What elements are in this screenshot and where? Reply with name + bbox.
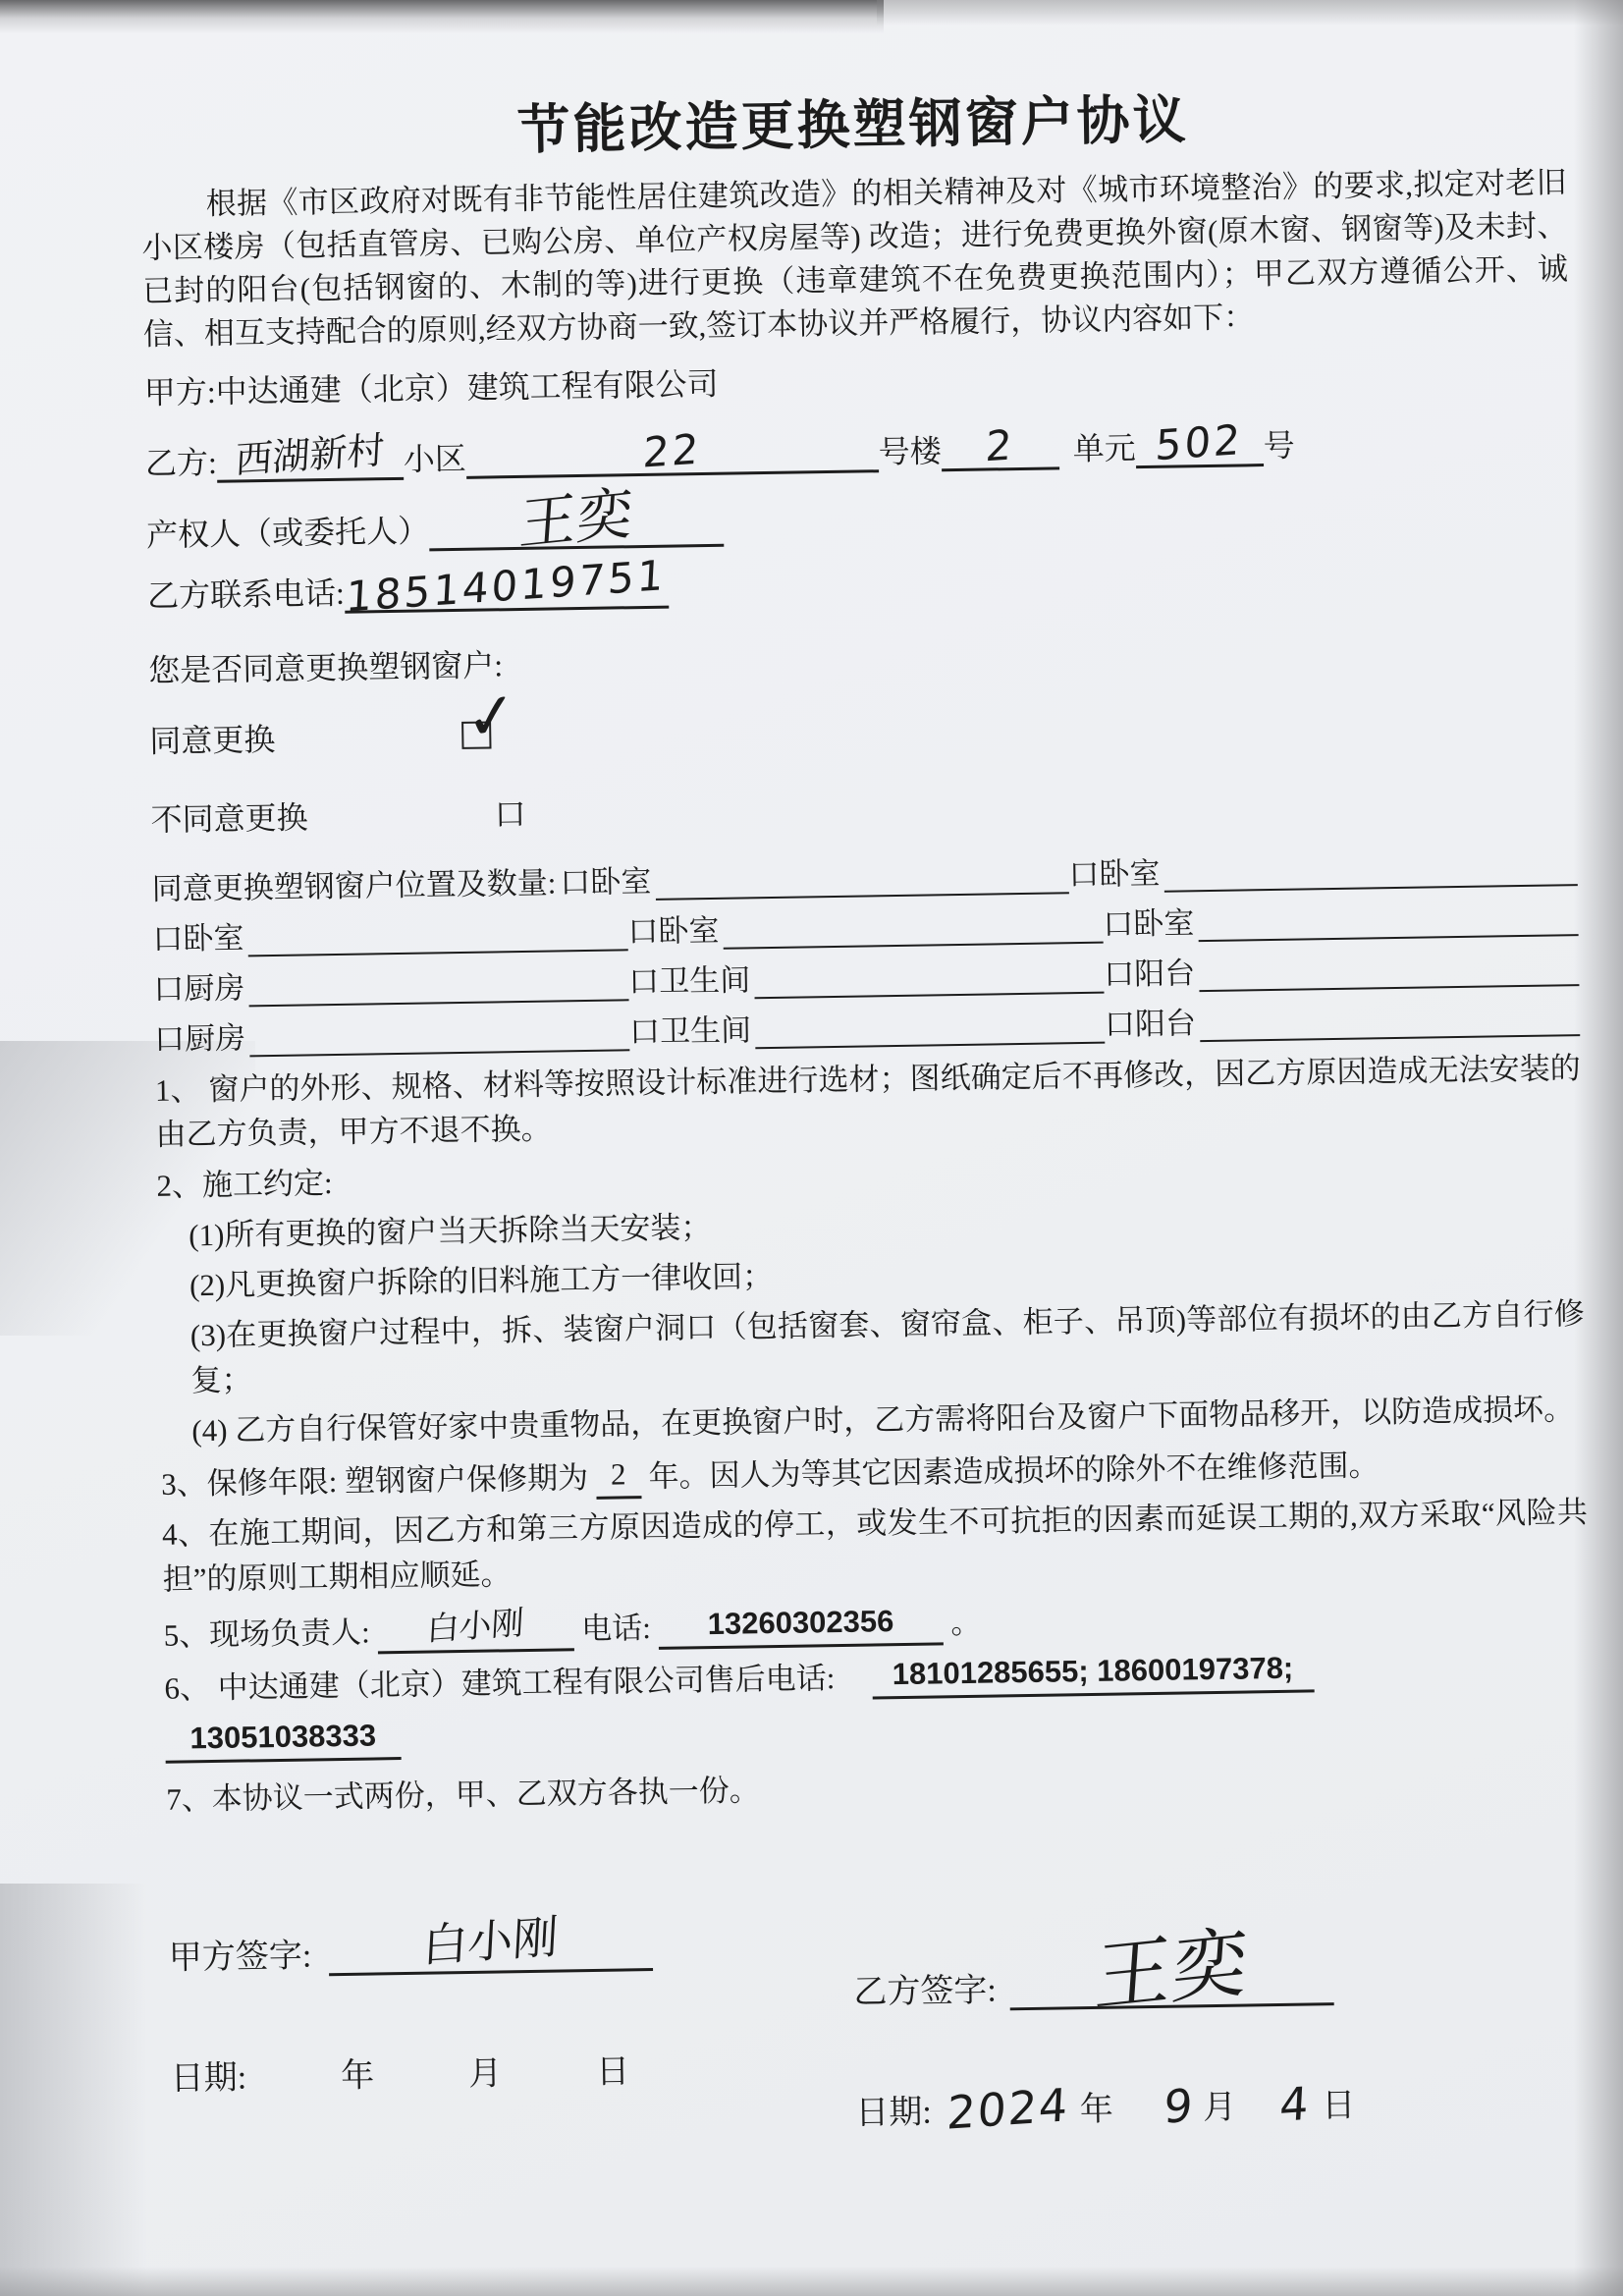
blank-line [1164, 880, 1578, 893]
after-sales-phones-blank: 18101285655; 18600197378; [872, 1645, 1315, 1699]
location-cell: 口厨房 [154, 1007, 630, 1059]
blank-line [1200, 1030, 1580, 1042]
party-b-date-year-handwriting: 2024 [947, 2082, 1071, 2136]
owner-label: 产权人（或委托人） [146, 506, 430, 556]
community-handwriting: 西湖新村 [234, 419, 386, 484]
location-cell: 口卧室 [1068, 842, 1578, 894]
phone-label: 乙方联系电话: [147, 569, 346, 617]
room-no-handwriting: 502 [1155, 419, 1244, 466]
scan-shadow-bottom [0, 2267, 1623, 2296]
term-3-suffix: 年。因人为等其它因素造成损坏的除外不在维修范围。 [648, 1448, 1379, 1494]
party-a-date-month: 月 [468, 2046, 503, 2095]
location-cell: 口卫生间 [629, 1000, 1106, 1052]
community-blank: 西湖新村 [216, 423, 404, 483]
scan-shadow-top-left [0, 0, 884, 33]
term-5-phone-label: 电话: [581, 1611, 651, 1646]
blank-line [249, 1045, 629, 1057]
party-b-date-month-handwriting: 9 [1163, 2082, 1197, 2129]
party-a-signature-row: 甲方签字: 白小刚 [168, 1900, 853, 1979]
scanned-agreement-page: 节能改造更换塑钢窗户协议 根据《市区政府对既有非节能性居住建筑改造》的相关精神及… [0, 0, 1623, 2296]
location-option: 口卧室 [1068, 848, 1164, 895]
party-a-date-label: 日期: [170, 2050, 246, 2099]
blank-line [754, 988, 1104, 1000]
term-5-period: 。 [950, 1605, 982, 1639]
phone-handwriting: 18514019751 [346, 555, 668, 618]
intro-paragraph: 根据《市区政府对既有非节能性居住建筑改造》的相关精神及对《城市环境整治》的要求,… [140, 161, 1569, 356]
checkmark-icon: ✓ [461, 683, 521, 752]
location-cell: 口阳台 [1104, 942, 1580, 994]
party-a-date-row: 日期: 年 月 日 [170, 2041, 855, 2100]
terms-section: 1、 窗户的外形、规格、材料等按照设计标准进行选材；图纸确定后不再修改，因乙方原… [155, 1046, 1593, 1822]
blank-line [755, 1038, 1105, 1050]
consent-question: 您是否同意更换塑钢窗户: [148, 624, 1575, 691]
building-no-handwriting: 22 [642, 428, 703, 473]
site-manager-phone-blank: 13260302356 [658, 1598, 944, 1650]
scan-shadow-bottom-left [0, 1884, 147, 2296]
warranty-years: 2 [611, 1456, 626, 1491]
room-suffix: 号 [1263, 421, 1295, 466]
location-option: 口阳台 [1105, 998, 1201, 1044]
blank-line [655, 888, 1068, 901]
party-a-line: 甲方: 中达通建（北京）建筑工程有限公司 [143, 346, 1570, 413]
disagree-option-line: 不同意更换 口 [150, 773, 1577, 841]
location-option: 口卧室 [627, 905, 724, 952]
term-2-item-3: (3)在更换窗户过程中，拆、装窗户洞口（包括窗套、窗帘盒、柜子、吊顶)等部位有损… [159, 1291, 1586, 1402]
party-b-signature-column: 乙方签字: 王奕 日期: 2024 年 9 月 4 日 [853, 1931, 1541, 2134]
scan-shadow-top-right [877, 0, 1623, 26]
party-a-signature-blank: 白小刚 [328, 1903, 653, 1976]
disagree-checkbox: 口 [494, 790, 526, 835]
party-b-date-day-suffix: 日 [1322, 2078, 1356, 2127]
term-6-label: 6、 中达通建（北京）建筑工程有限公司售后电话: [164, 1661, 835, 1706]
party-b-line: 乙方: 西湖新村 小区 22 号楼 2 单元 502 号 [144, 405, 1571, 484]
party-b-label: 乙方: [145, 438, 218, 484]
term-7: 7、本协议一式两份，甲、乙双方各执一份。 [166, 1755, 1593, 1822]
after-sales-phones-1: 18101285655; 18600197378; [892, 1651, 1293, 1691]
location-cell: 口卧室 [152, 906, 628, 958]
party-b-signature-blank: 王奕 [1009, 1934, 1334, 2010]
party-b-date-month-suffix: 月 [1203, 2080, 1237, 2129]
term-4: 4、在施工期间，因乙方和第三方原因造成的停工，或发生不可抗拒的因素而延误工期的,… [162, 1490, 1589, 1601]
term-3-prefix: 3、保修年限: 塑钢窗户保修期为 [161, 1460, 588, 1502]
location-cell: 口卧室 [560, 849, 1069, 902]
party-b-date-row: 日期: 2024 年 9 月 4 日 [855, 2075, 1541, 2134]
party-b-signature-row: 乙方签字: 王奕 [853, 1931, 1539, 2013]
phone-line: 乙方联系电话: 18514019751 [147, 549, 1574, 617]
unit-no-handwriting: 2 [985, 424, 1016, 467]
warranty-years-blank: 2 [595, 1451, 641, 1500]
location-option: 口厨房 [153, 962, 249, 1009]
site-manager-handwriting: 白小刚 [426, 1599, 525, 1653]
location-cell: 口卫生间 [628, 950, 1105, 1002]
location-cell: 口卧室 [627, 900, 1104, 952]
location-option: 口卫生间 [629, 1005, 756, 1051]
locations-label: 同意更换塑钢窗户位置及数量: [151, 857, 560, 908]
party-a-date-year: 年 [341, 2048, 375, 2097]
locations-section: 同意更换塑钢窗户位置及数量: 口卧室 口卧室 口卧室 口卧室 口卧室 口厨房 口… [151, 842, 1580, 1059]
unit-blank: 2 [941, 424, 1059, 471]
owner-signature-handwriting: 王奕 [517, 487, 634, 551]
signature-section: 甲方签字: 白小刚 日期: 年 月 日 乙方签字: 王奕 日期: 2024 [168, 1888, 1597, 2145]
agree-option-line: 同意更换 ✓ [149, 694, 1576, 762]
location-option: 口卧室 [152, 912, 248, 958]
party-a-value: 中达通建（北京）建筑工程有限公司 [215, 359, 719, 412]
blank-line [1199, 980, 1579, 992]
party-b-date-year-suffix: 年 [1079, 2082, 1113, 2131]
unit-suffix: 单元 [1072, 423, 1136, 469]
blank-line [1199, 930, 1579, 942]
blank-line [724, 938, 1104, 950]
disagree-label: 不同意更换 [150, 793, 308, 841]
location-cell: 口厨房 [153, 957, 629, 1009]
agree-checkbox: ✓ [461, 720, 491, 749]
document-title: 节能改造更换塑钢窗户协议 [139, 72, 1566, 170]
party-a-signature-column: 甲方签字: 白小刚 日期: 年 月 日 [168, 1900, 856, 2145]
location-option: 口阳台 [1104, 948, 1200, 994]
term-5-label: 5、现场负责人: [163, 1614, 370, 1652]
phone-blank: 18514019751 [345, 564, 670, 614]
community-suffix: 小区 [403, 434, 466, 480]
party-b-signature-label: 乙方签字: [853, 1962, 997, 2012]
party-a-label: 甲方: [143, 367, 216, 413]
location-option: 口厨房 [154, 1012, 250, 1059]
site-manager-blank: 白小刚 [377, 1601, 574, 1654]
after-sales-phones-2-blank: 13051038333 [165, 1713, 402, 1764]
location-option: 口卧室 [560, 856, 656, 902]
party-a-date-day: 日 [596, 2044, 630, 2093]
owner-signature-blank: 王奕 [428, 491, 724, 552]
party-b-date-label: 日期: [855, 2085, 932, 2134]
after-sales-phones-2: 13051038333 [189, 1719, 376, 1756]
document-content: 节能改造更换塑钢窗户协议 根据《市区政府对既有非节能性居住建筑改造》的相关精神及… [139, 72, 1597, 2144]
building-suffix: 号楼 [878, 426, 942, 472]
location-cell: 口阳台 [1105, 992, 1581, 1044]
party-a-signature-label: 甲方签字: [168, 1928, 311, 1978]
location-option: 口卧室 [1103, 898, 1199, 944]
site-manager-phone: 13260302356 [707, 1604, 893, 1641]
party-b-date-day-handwriting: 4 [1278, 2080, 1312, 2127]
location-option: 口卫生间 [628, 955, 755, 1001]
owner-line: 产权人（或委托人） 王奕 [145, 477, 1572, 556]
term-1: 1、 窗户的外形、规格、材料等按照设计标准进行选材；图纸确定后不再修改，因乙方原… [155, 1046, 1582, 1157]
agree-label: 同意更换 [149, 715, 276, 762]
location-cell: 口卧室 [1103, 892, 1579, 944]
party-b-signature-handwriting: 王奕 [1093, 1928, 1250, 2013]
building-blank: 22 [465, 427, 879, 479]
blank-line [248, 945, 628, 957]
blank-line [249, 995, 629, 1007]
party-a-signature-handwriting: 白小刚 [421, 1900, 560, 1975]
room-blank: 502 [1135, 421, 1264, 468]
